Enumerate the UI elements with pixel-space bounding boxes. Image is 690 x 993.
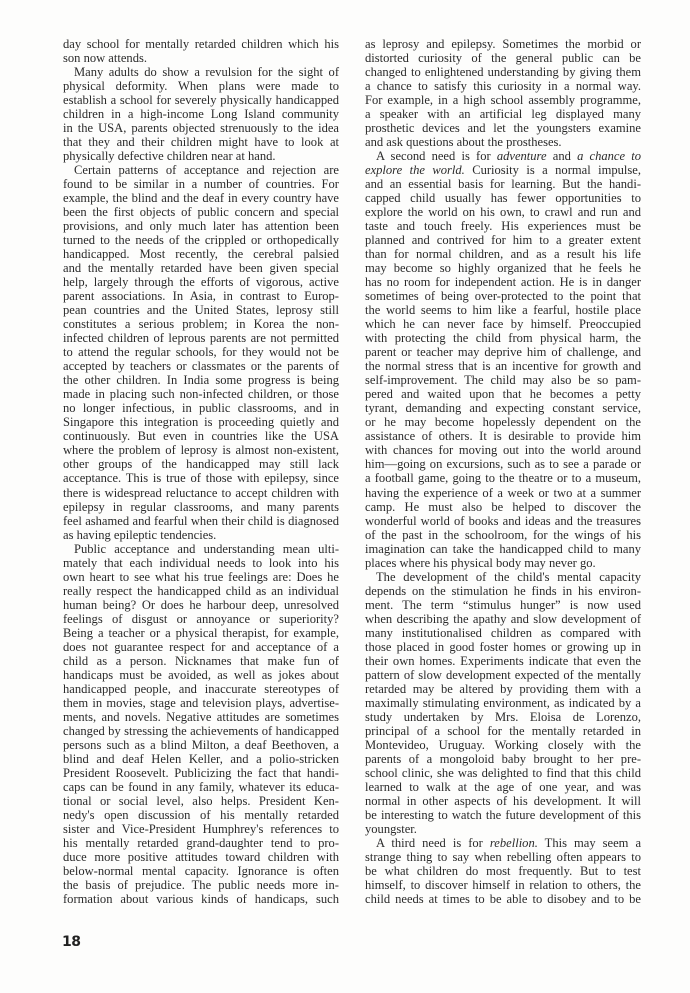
- text-line: feelings of disgust or annoyance or supe…: [63, 612, 339, 626]
- text-line: his mentally retarded grand-daughter ten…: [63, 836, 339, 850]
- text-line: maximally stimulating environment, as in…: [365, 696, 641, 710]
- text-line: distorted curiosity of the general publi…: [365, 51, 641, 65]
- text-line: does not guarantee respect for and accep…: [63, 640, 339, 654]
- text-line: self-improvement. The child may also be …: [365, 373, 641, 387]
- text-line: may become so highly organized that he f…: [365, 261, 641, 275]
- text-line: or he may become hopelessly dependent on…: [365, 415, 641, 429]
- text-line: depends on the stimulation he finds in h…: [365, 584, 641, 598]
- text-line: feel ashamed and fearful when their chil…: [63, 514, 339, 528]
- text-line: continuously. But even in countries like…: [63, 429, 339, 443]
- text-line: to attend the regular schools, for they …: [63, 345, 339, 359]
- text-line: him—going on excursions, such as to see …: [365, 457, 641, 471]
- text-line: caps can be found in any family, whateve…: [63, 780, 339, 794]
- text-line: establish a school for severely physical…: [63, 93, 339, 107]
- text-line: A third need is for rebellion. This may …: [365, 836, 641, 850]
- text-line: been the first objects of public concern…: [63, 205, 339, 219]
- text-line: ment. The term “stimulus hunger” is now …: [365, 598, 641, 612]
- text-line: and the mentally retarded have been give…: [63, 261, 339, 275]
- text-line: places where his physical body may never…: [365, 556, 641, 570]
- page-number: 18: [62, 934, 80, 950]
- text-line: capped child usually has fewer opportuni…: [365, 191, 641, 205]
- text-line: many institutionalised children as compa…: [365, 626, 641, 640]
- text-line: physical deformity. When plans were made…: [63, 79, 339, 93]
- text-line: has no room for independent action. He i…: [365, 275, 641, 289]
- text-line: child as a person. Nicknames that make f…: [63, 654, 339, 668]
- emphasis: rebellion.: [490, 836, 538, 850]
- text-line: accepted by teachers or classmates or th…: [63, 359, 339, 373]
- text-line: The development of the child's mental ca…: [365, 570, 641, 584]
- text-line: changed to enlightened understanding by …: [365, 65, 641, 79]
- text-line: normal in other aspects of his developme…: [365, 794, 641, 808]
- text-line: handicapped people, and inaccurate stere…: [63, 682, 339, 696]
- text-line: duce more positive attitudes toward chil…: [63, 850, 339, 864]
- text-line: sister and Vice-President Humphrey's ref…: [63, 822, 339, 836]
- text-line: school clinic, she was delighted to find…: [365, 766, 641, 780]
- text-line: their own homes. Experiments indicate th…: [365, 654, 641, 668]
- text-line: the normal stress that is an incentive f…: [365, 359, 641, 373]
- text-line: children in a high-income Long Island co…: [63, 107, 339, 121]
- text-line: Singapore this integration is proceeding…: [63, 415, 339, 429]
- text-line: parents of a mongoloid baby brought to h…: [365, 752, 641, 766]
- text-line: no longer infectious, in public classroo…: [63, 401, 339, 415]
- text-line: youngster.: [365, 822, 641, 836]
- text-line: imagination can take the handicapped chi…: [365, 542, 641, 556]
- text-line: Certain patterns of acceptance and rejec…: [63, 163, 339, 177]
- text-line: epilepsy in regular classrooms, and many…: [63, 500, 339, 514]
- text-line: which he can never face by himself. Preo…: [365, 317, 641, 331]
- text-line: be interesting to watch the future devel…: [365, 808, 641, 822]
- text-line: own heart to see what his true feelings …: [63, 570, 339, 584]
- text-line: a speaker with an artificial leg display…: [365, 107, 641, 121]
- text-line: persons such as a blind Milton, a deaf B…: [63, 738, 339, 752]
- text-line: child needs at times to be able to disob…: [365, 892, 641, 906]
- emphasis: adventure: [497, 149, 547, 163]
- emphasis: explore the world.: [365, 163, 465, 177]
- text-line: himself, to discover himself in relation…: [365, 878, 641, 892]
- text-line: help, largely through the efforts of vig…: [63, 275, 339, 289]
- text-line: with protecting the child from physical …: [365, 331, 641, 345]
- text-line: pean countries and the United States, le…: [63, 303, 339, 317]
- text-line: as having epileptic tendencies.: [63, 528, 339, 542]
- text-line: a football game, going to the theatre or…: [365, 471, 641, 485]
- text-line: them in movies, stage and television pla…: [63, 696, 339, 710]
- text-line: changed by stressing the achievements of…: [63, 724, 339, 738]
- text-line: with chances for moving out into the wor…: [365, 443, 641, 457]
- emphasis: a chance to: [577, 149, 641, 163]
- text-line: those placed in good foster homes or gro…: [365, 640, 641, 654]
- text-line: tyrant, demanding and expecting constant…: [365, 401, 641, 415]
- text-line: infected children of leprous parents are…: [63, 331, 339, 345]
- text-line: that they and their children might have …: [63, 135, 339, 149]
- text-line: son now attends.: [63, 51, 339, 65]
- text-line: taste and touch freely. His experiences …: [365, 219, 641, 233]
- text-line: prosthetic devices and let the youngster…: [365, 121, 641, 135]
- text-line: retarded may be altered by providing the…: [365, 682, 641, 696]
- text-line: Many adults do show a revulsion for the …: [63, 65, 339, 79]
- text-line: blind and deaf Helen Keller, and a polio…: [63, 752, 339, 766]
- text-line: turned to the needs of the crippled or o…: [63, 233, 339, 247]
- text-line: constitutes a serious problem; in Korea …: [63, 317, 339, 331]
- text-line: explore the world on his own, to crawl a…: [365, 205, 641, 219]
- text-line: in the USA, parents objected strenuously…: [63, 121, 339, 135]
- text-line: and an essential basis for learning. But…: [365, 177, 641, 191]
- text-line: of the past in the schoolroom, for the w…: [365, 528, 641, 542]
- text-line: Montevideo, Uruguay. Working closely wit…: [365, 738, 641, 752]
- text-line: the world seems to him like a fearful, h…: [365, 303, 641, 317]
- text-line: below-normal mental capacity. Ignorance …: [63, 864, 339, 878]
- text-line: a chance to satisfy this curiosity in a …: [365, 79, 641, 93]
- text-line: nedy's open discussion of his mentally r…: [63, 808, 339, 822]
- text-line: really respect the handicapped child as …: [63, 584, 339, 598]
- text-line: assistance of others. It is desirable to…: [365, 429, 641, 443]
- text-line: day school for mentally retarded childre…: [63, 37, 339, 51]
- text-line: explore the world. Curiosity is a normal…: [365, 163, 641, 177]
- text-line: For example, in a high school assembly p…: [365, 93, 641, 107]
- text-line: human being? Or does he harbour deep, un…: [63, 598, 339, 612]
- text-line: the other children. In India some progre…: [63, 373, 339, 387]
- text-line: President Roosevelt. Publicizing the fac…: [63, 766, 339, 780]
- text-line: and ask questions about the prostheses.: [365, 135, 641, 149]
- text-line: found to be similar in a number of count…: [63, 177, 339, 191]
- text-line: acceptance. This is true of those with e…: [63, 471, 339, 485]
- left-text-column: day school for mentally retarded childre…: [63, 37, 339, 906]
- text-line: ments, and novels. Negative attitudes ar…: [63, 710, 339, 724]
- text-line: be what children do most frequently. But…: [365, 864, 641, 878]
- text-line: other groups of the handicapped may stil…: [63, 457, 339, 471]
- text-line: having the experience of a week or two a…: [365, 486, 641, 500]
- text-line: principal of a school for the mentally r…: [365, 724, 641, 738]
- text-line: sometimes of being over-protected to the…: [365, 289, 641, 303]
- text-line: parent associations. In Asia, in contras…: [63, 289, 339, 303]
- text-line: than for normal children, and as a resul…: [365, 247, 641, 261]
- text-line: there is widespread reluctance to accept…: [63, 486, 339, 500]
- text-line: planned and contrived for him to a great…: [365, 233, 641, 247]
- text-line: the basis of prejudice. The public needs…: [63, 878, 339, 892]
- text-line: strange thing to say when rebelling ofte…: [365, 850, 641, 864]
- text-line: where the problem of leprosy is almost n…: [63, 443, 339, 457]
- text-line: camp. He must also be helped to discover…: [365, 500, 641, 514]
- text-line: Being a teacher or a physical therapist,…: [63, 626, 339, 640]
- text-line: formation about various kinds of handica…: [63, 892, 339, 906]
- text-line: when describing the apathy and slow deve…: [365, 612, 641, 626]
- text-line: A second need is for adventure and a cha…: [365, 149, 641, 163]
- text-line: pered and waited upon that he becomes a …: [365, 387, 641, 401]
- text-line: wonderful world of books and ideas and t…: [365, 514, 641, 528]
- text-line: Public acceptance and understanding mean…: [63, 542, 339, 556]
- document-page: day school for mentally retarded childre…: [0, 0, 690, 993]
- text-line: made in placing such non-infected childr…: [63, 387, 339, 401]
- text-line: pattern of slow development expected of …: [365, 668, 641, 682]
- text-line: example, the blind and the deaf in every…: [63, 191, 339, 205]
- text-line: study undertaken by Mrs. Eloisa de Loren…: [365, 710, 641, 724]
- text-line: handicapped. Most recently, the cerebral…: [63, 247, 339, 261]
- text-line: provisions, and only much later has atte…: [63, 219, 339, 233]
- text-line: handicaps must be avoided, as well as jo…: [63, 668, 339, 682]
- text-line: as leprosy and epilepsy. Sometimes the m…: [365, 37, 641, 51]
- text-line: learned to walk at the age of one year, …: [365, 780, 641, 794]
- text-line: parent or teacher may deprive him of cha…: [365, 345, 641, 359]
- text-line: physically defective children near at ha…: [63, 149, 339, 163]
- text-line: tional or social level, also helps. Pres…: [63, 794, 339, 808]
- text-line: mately that each individual needs to loo…: [63, 556, 339, 570]
- right-text-column: as leprosy and epilepsy. Sometimes the m…: [365, 37, 641, 906]
